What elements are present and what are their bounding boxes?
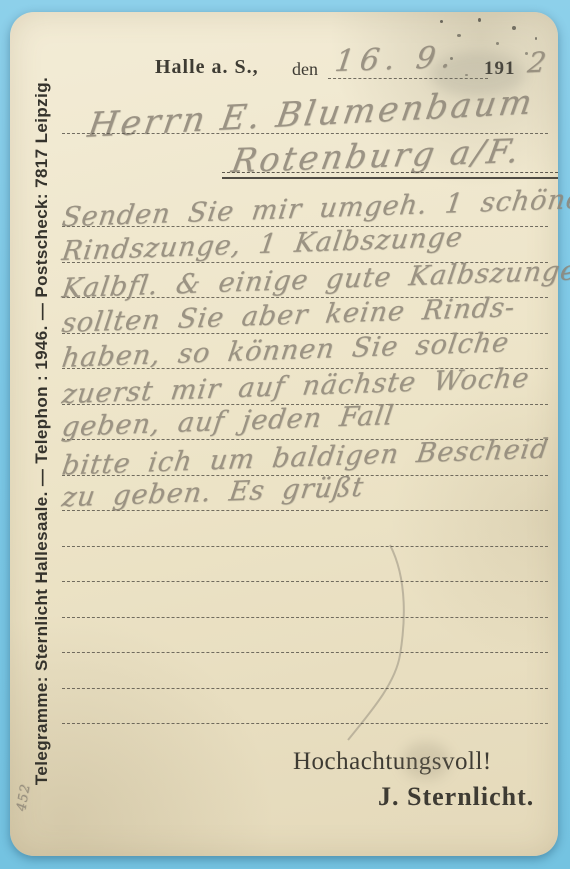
ruled-line	[62, 652, 548, 653]
postcard: Telegramme: Sternlicht Hallesaale. — Tel…	[10, 12, 558, 856]
ink-speckle	[440, 20, 443, 23]
place-dateline: Halle a. S.,	[155, 56, 259, 79]
ink-speckle	[496, 42, 499, 45]
archival-number: 452	[14, 782, 34, 812]
ruled-line	[62, 617, 548, 618]
address-double-rule	[222, 172, 558, 179]
ink-speckle	[525, 52, 528, 55]
ink-speckle	[457, 34, 461, 37]
ruled-line	[62, 546, 548, 547]
ink-speckle	[450, 57, 453, 60]
pencil-squiggle-mark	[320, 520, 420, 750]
signature: J. Sternlicht.	[378, 782, 534, 812]
ruled-line	[62, 581, 548, 582]
ruled-line	[62, 723, 548, 724]
ink-speckle	[478, 18, 481, 22]
handwritten-year-digit: 2	[526, 46, 548, 80]
ink-speckle	[512, 26, 516, 30]
ruled-line	[62, 688, 548, 689]
side-imprint: Telegramme: Sternlicht Hallesaale. — Tel…	[32, 36, 58, 826]
ink-speckle	[535, 37, 537, 40]
ink-speckle	[465, 74, 468, 76]
stain-smudge-top	[430, 52, 525, 97]
stain-smudge-bottom	[402, 742, 450, 780]
date-word: den	[292, 59, 318, 80]
salutation: Hochachtungsvoll!	[293, 748, 492, 776]
